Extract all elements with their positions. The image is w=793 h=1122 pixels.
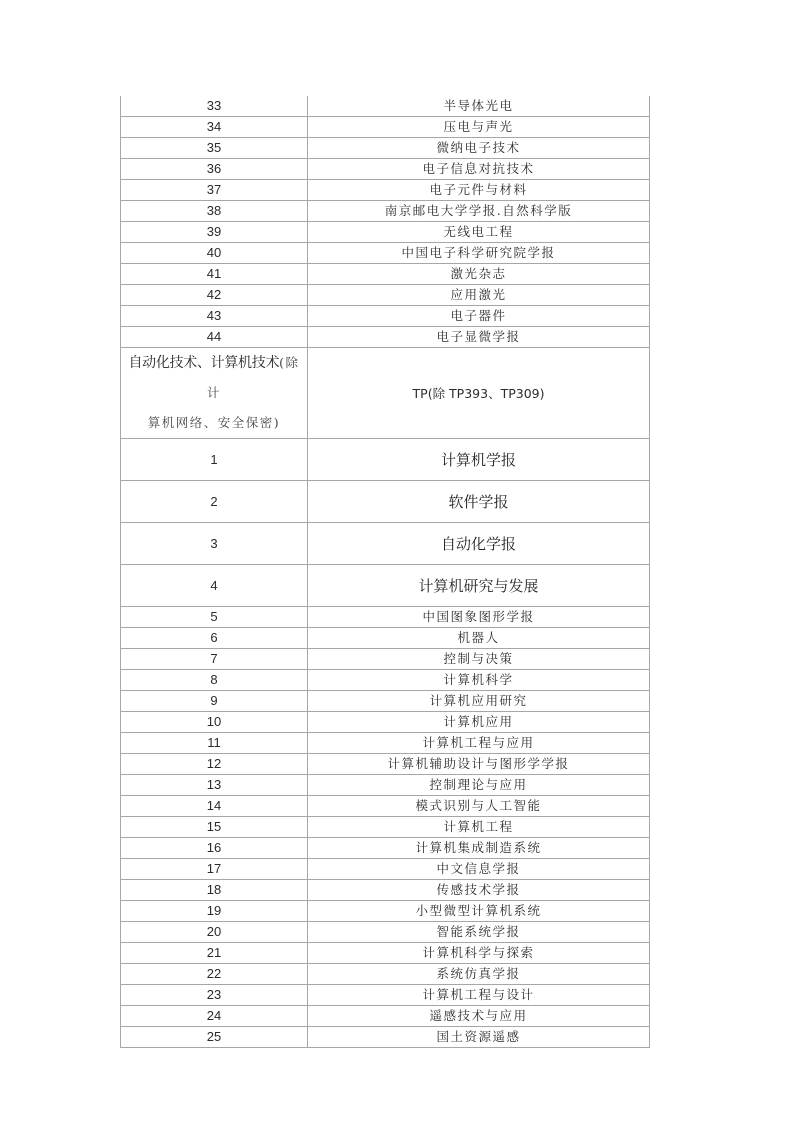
journal-name: 计算机应用研究 [308, 691, 650, 712]
row-number: 3 [121, 523, 308, 565]
journal-list-table: 33半导体光电 34压电与声光 35微纳电子技术 36电子信息对抗技术 37电子… [120, 96, 650, 1048]
journal-name: 压电与声光 [308, 117, 650, 138]
journal-name: 计算机工程 [308, 817, 650, 838]
journal-name: 电子器件 [308, 306, 650, 327]
table-row: 11计算机工程与应用 [121, 733, 650, 754]
row-number: 22 [121, 964, 308, 985]
journal-name: 计算机集成制造系统 [308, 838, 650, 859]
row-number: 9 [121, 691, 308, 712]
row-number: 40 [121, 243, 308, 264]
row-number: 19 [121, 901, 308, 922]
table-row: 42应用激光 [121, 285, 650, 306]
journal-name: 中国图象图形学报 [308, 607, 650, 628]
table-row: 24遥感技术与应用 [121, 1006, 650, 1027]
journal-name: 自动化学报 [308, 523, 650, 565]
table-row: 15计算机工程 [121, 817, 650, 838]
journal-name: 中国电子科学研究院学报 [308, 243, 650, 264]
journal-name: 智能系统学报 [308, 922, 650, 943]
journal-name: 系统仿真学报 [308, 964, 650, 985]
journal-name: 微纳电子技术 [308, 138, 650, 159]
table-row: 14模式识别与人工智能 [121, 796, 650, 817]
row-number: 39 [121, 222, 308, 243]
table-row: 39无线电工程 [121, 222, 650, 243]
journal-name: 应用激光 [308, 285, 650, 306]
row-number: 33 [121, 96, 308, 117]
table-row: 19小型微型计算机系统 [121, 901, 650, 922]
journal-name: 电子显微学报 [308, 327, 650, 348]
table-row: 36电子信息对抗技术 [121, 159, 650, 180]
table-row: 8计算机科学 [121, 670, 650, 691]
row-number: 36 [121, 159, 308, 180]
journal-name: 激光杂志 [308, 264, 650, 285]
table-row: 16计算机集成制造系统 [121, 838, 650, 859]
journal-name: 国土资源遥感 [308, 1027, 650, 1048]
row-number: 16 [121, 838, 308, 859]
table-row: 37电子元件与材料 [121, 180, 650, 201]
row-number: 44 [121, 327, 308, 348]
row-number: 11 [121, 733, 308, 754]
journal-name: 计算机研究与发展 [308, 565, 650, 607]
section-header-row: 自动化技术、计算机技术(除计 算机网络、安全保密) TP(除 TP393、TP3… [121, 348, 650, 439]
table-row: 20智能系统学报 [121, 922, 650, 943]
row-number: 41 [121, 264, 308, 285]
row-number: 6 [121, 628, 308, 649]
table-row: 9计算机应用研究 [121, 691, 650, 712]
row-number: 23 [121, 985, 308, 1006]
table-row-top-tier: 2软件学报 [121, 481, 650, 523]
table-row: 13控制理论与应用 [121, 775, 650, 796]
journal-name: 计算机应用 [308, 712, 650, 733]
row-number: 8 [121, 670, 308, 691]
table-row: 41激光杂志 [121, 264, 650, 285]
journal-name: 无线电工程 [308, 222, 650, 243]
table-row: 21计算机科学与探索 [121, 943, 650, 964]
section-category-tail-2: 算机网络、安全保密) [148, 415, 280, 430]
section-category-label: 自动化技术、计算机技术(除计 算机网络、安全保密) [121, 348, 308, 439]
table-row: 17中文信息学报 [121, 859, 650, 880]
journal-name: 半导体光电 [308, 96, 650, 117]
table-row: 25国土资源遥感 [121, 1027, 650, 1048]
table-row: 38南京邮电大学学报.自然科学版 [121, 201, 650, 222]
row-number: 34 [121, 117, 308, 138]
table-row: 33半导体光电 [121, 96, 650, 117]
row-number: 15 [121, 817, 308, 838]
table-row: 5中国图象图形学报 [121, 607, 650, 628]
row-number: 43 [121, 306, 308, 327]
table-row: 43电子器件 [121, 306, 650, 327]
table-row: 40中国电子科学研究院学报 [121, 243, 650, 264]
journal-name: 计算机工程与应用 [308, 733, 650, 754]
journal-name: 机器人 [308, 628, 650, 649]
row-number: 14 [121, 796, 308, 817]
row-number: 17 [121, 859, 308, 880]
table-row: 34压电与声光 [121, 117, 650, 138]
journal-name: 计算机辅助设计与图形学学报 [308, 754, 650, 775]
journal-name: 计算机工程与设计 [308, 985, 650, 1006]
row-number: 18 [121, 880, 308, 901]
journal-name: 传感技术学报 [308, 880, 650, 901]
row-number: 12 [121, 754, 308, 775]
row-number: 35 [121, 138, 308, 159]
table-row: 22系统仿真学报 [121, 964, 650, 985]
row-number: 5 [121, 607, 308, 628]
row-number: 13 [121, 775, 308, 796]
section-category-lead: 自动化技术、计算机技术 [128, 355, 279, 371]
table-row-top-tier: 4计算机研究与发展 [121, 565, 650, 607]
table-row-top-tier: 3自动化学报 [121, 523, 650, 565]
row-number: 10 [121, 712, 308, 733]
row-number: 20 [121, 922, 308, 943]
row-number: 24 [121, 1006, 308, 1027]
row-number: 37 [121, 180, 308, 201]
document-page: 33半导体光电 34压电与声光 35微纳电子技术 36电子信息对抗技术 37电子… [0, 0, 793, 1122]
journal-name: 小型微型计算机系统 [308, 901, 650, 922]
journal-name: 模式识别与人工智能 [308, 796, 650, 817]
row-number: 21 [121, 943, 308, 964]
journal-name: 控制理论与应用 [308, 775, 650, 796]
table-row: 6机器人 [121, 628, 650, 649]
table-row: 23计算机工程与设计 [121, 985, 650, 1006]
journal-name: 电子元件与材料 [308, 180, 650, 201]
journal-name: 南京邮电大学学报.自然科学版 [308, 201, 650, 222]
table-row: 10计算机应用 [121, 712, 650, 733]
section-classification-code: TP(除 TP393、TP309) [308, 348, 650, 439]
journal-name: 中文信息学报 [308, 859, 650, 880]
row-number: 2 [121, 481, 308, 523]
journal-name: 控制与决策 [308, 649, 650, 670]
row-number: 4 [121, 565, 308, 607]
journal-name: 计算机科学与探索 [308, 943, 650, 964]
journal-name: 软件学报 [308, 481, 650, 523]
table-row-top-tier: 1计算机学报 [121, 439, 650, 481]
journal-table-body: 33半导体光电 34压电与声光 35微纳电子技术 36电子信息对抗技术 37电子… [121, 96, 650, 1048]
journal-name: 电子信息对抗技术 [308, 159, 650, 180]
table-row: 12计算机辅助设计与图形学学报 [121, 754, 650, 775]
row-number: 38 [121, 201, 308, 222]
table-row: 7控制与决策 [121, 649, 650, 670]
row-number: 25 [121, 1027, 308, 1048]
table-row: 44电子显微学报 [121, 327, 650, 348]
table-row: 35微纳电子技术 [121, 138, 650, 159]
journal-name: 遥感技术与应用 [308, 1006, 650, 1027]
row-number: 42 [121, 285, 308, 306]
journal-name: 计算机学报 [308, 439, 650, 481]
row-number: 7 [121, 649, 308, 670]
row-number: 1 [121, 439, 308, 481]
table-row: 18传感技术学报 [121, 880, 650, 901]
journal-name: 计算机科学 [308, 670, 650, 691]
